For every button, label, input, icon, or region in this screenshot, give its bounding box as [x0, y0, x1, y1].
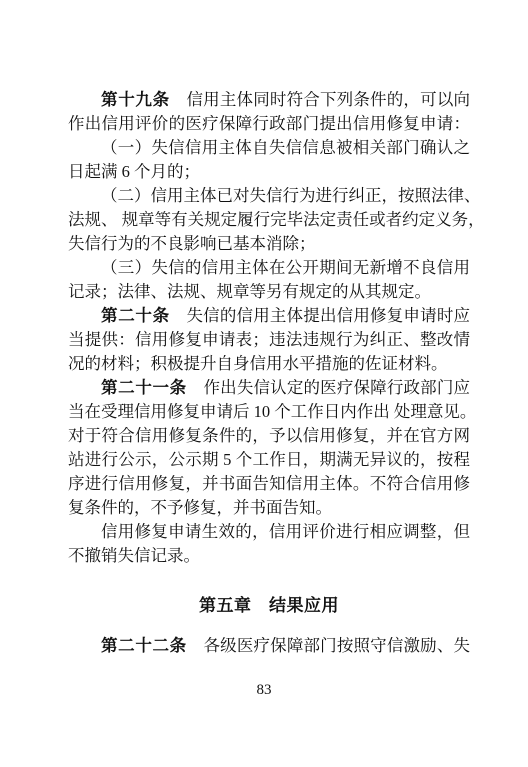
- page-number: 83: [0, 680, 528, 700]
- paragraph-line: 记录；法律、法规、规章等另有规定的从其规定。: [68, 280, 470, 304]
- paragraph-line: 序进行信用修复，并书面告知信用主体。不符合信用修: [68, 472, 470, 496]
- line-text: 信用修复申请生效的，信用评价进行相应调整，但: [101, 522, 470, 541]
- paragraph-line: 站进行公示，公示期 5 个工作日，期满无异议的，按程: [68, 448, 470, 472]
- line-text: 对于符合信用修复条件的，予以信用修复，并在官方网: [68, 426, 470, 445]
- line-text: 日起满 6 个月的；: [68, 162, 200, 181]
- document-page: 第十九条 信用主体同时符合下列条件的，可以向 作出信用评价的医疗保障行政部门提出…: [0, 0, 528, 767]
- paragraph-line: 第二十一条 作出失信认定的医疗保障行政部门应: [68, 376, 470, 400]
- document-body: 第十九条 信用主体同时符合下列条件的，可以向 作出信用评价的医疗保障行政部门提出…: [68, 88, 470, 658]
- line-text: 记录；法律、法规、规章等另有规定的从其规定。: [68, 282, 431, 301]
- line-text: 序进行信用修复，并书面告知信用主体。不符合信用修: [68, 474, 470, 493]
- paragraph-line: 日起满 6 个月的；: [68, 160, 470, 184]
- paragraph-line: 第十九条 信用主体同时符合下列条件的，可以向: [68, 88, 470, 112]
- line-text: 各级医疗保障部门按照守信激励、失: [187, 636, 470, 655]
- line-text: 当在受理信用修复申请后 10 个工作日内作出 处理意见。: [68, 402, 476, 421]
- paragraph-line: 信用修复申请生效的，信用评价进行相应调整，但: [68, 520, 470, 544]
- paragraph-line: 第二十二条 各级医疗保障部门按照守信激励、失: [68, 634, 470, 658]
- line-text: 作出信用评价的医疗保障行政部门提出信用修复申请：: [68, 114, 470, 133]
- article-number: 第二十二条: [101, 637, 187, 655]
- line-text: 失信的信用主体提出信用修复申请时应: [170, 306, 470, 325]
- paragraph-line: 法规、 规章等有关规定履行完毕法定责任或者约定义务，: [68, 208, 470, 232]
- line-text: 复条件的，不予修复，并书面告知。: [68, 498, 332, 517]
- article-number: 第十九条: [101, 91, 170, 109]
- paragraph-line: 复条件的，不予修复，并书面告知。: [68, 496, 470, 520]
- line-text: 失信行为的不良影响已基本消除；: [68, 234, 316, 253]
- article-number: 第二十条: [101, 307, 170, 325]
- paragraph-line: （一）失信信用主体自失信信息被相关部门确认之: [68, 136, 470, 160]
- paragraph-line: 不撤销失信记录。: [68, 544, 470, 568]
- paragraph-line: 作出信用评价的医疗保障行政部门提出信用修复申请：: [68, 112, 470, 136]
- chapter-heading: 第五章 结果应用: [68, 594, 470, 618]
- line-text: （三）失信的信用主体在公开期间无新增不良信用: [101, 258, 470, 277]
- line-text: （一）失信信用主体自失信信息被相关部门确认之: [101, 138, 470, 157]
- paragraph-line: （二）信用主体已对失信行为进行纠正，按照法律、: [68, 184, 470, 208]
- line-text: 信用主体同时符合下列条件的，可以向: [170, 90, 470, 109]
- line-text: （二）信用主体已对失信行为进行纠正，按照法律、: [101, 186, 481, 205]
- paragraph-line: （三）失信的信用主体在公开期间无新增不良信用: [68, 256, 470, 280]
- paragraph-line: 当在受理信用修复申请后 10 个工作日内作出 处理意见。: [68, 400, 470, 424]
- line-text: 不撤销失信记录。: [68, 546, 200, 565]
- line-text: 站进行公示，公示期 5 个工作日，期满无异议的，按程: [68, 450, 470, 469]
- line-text: 作出失信认定的医疗保障行政部门应: [187, 378, 470, 397]
- paragraph-line: 失信行为的不良影响已基本消除；: [68, 232, 470, 256]
- paragraph-line: 对于符合信用修复条件的，予以信用修复，并在官方网: [68, 424, 470, 448]
- paragraph-line: 当提供：信用修复申请表；违法违规行为纠正、整改情: [68, 328, 470, 352]
- paragraph-line: 况的材料；积极提升自身信用水平措施的佐证材料。: [68, 352, 470, 376]
- paragraph-line: 第二十条 失信的信用主体提出信用修复申请时应: [68, 304, 470, 328]
- line-text: 法规、 规章等有关规定履行完毕法定责任或者约定义务，: [68, 210, 485, 229]
- article-number: 第二十一条: [101, 379, 187, 397]
- line-text: 当提供：信用修复申请表；违法违规行为纠正、整改情: [68, 330, 470, 349]
- line-text: 况的材料；积极提升自身信用水平措施的佐证材料。: [68, 354, 448, 373]
